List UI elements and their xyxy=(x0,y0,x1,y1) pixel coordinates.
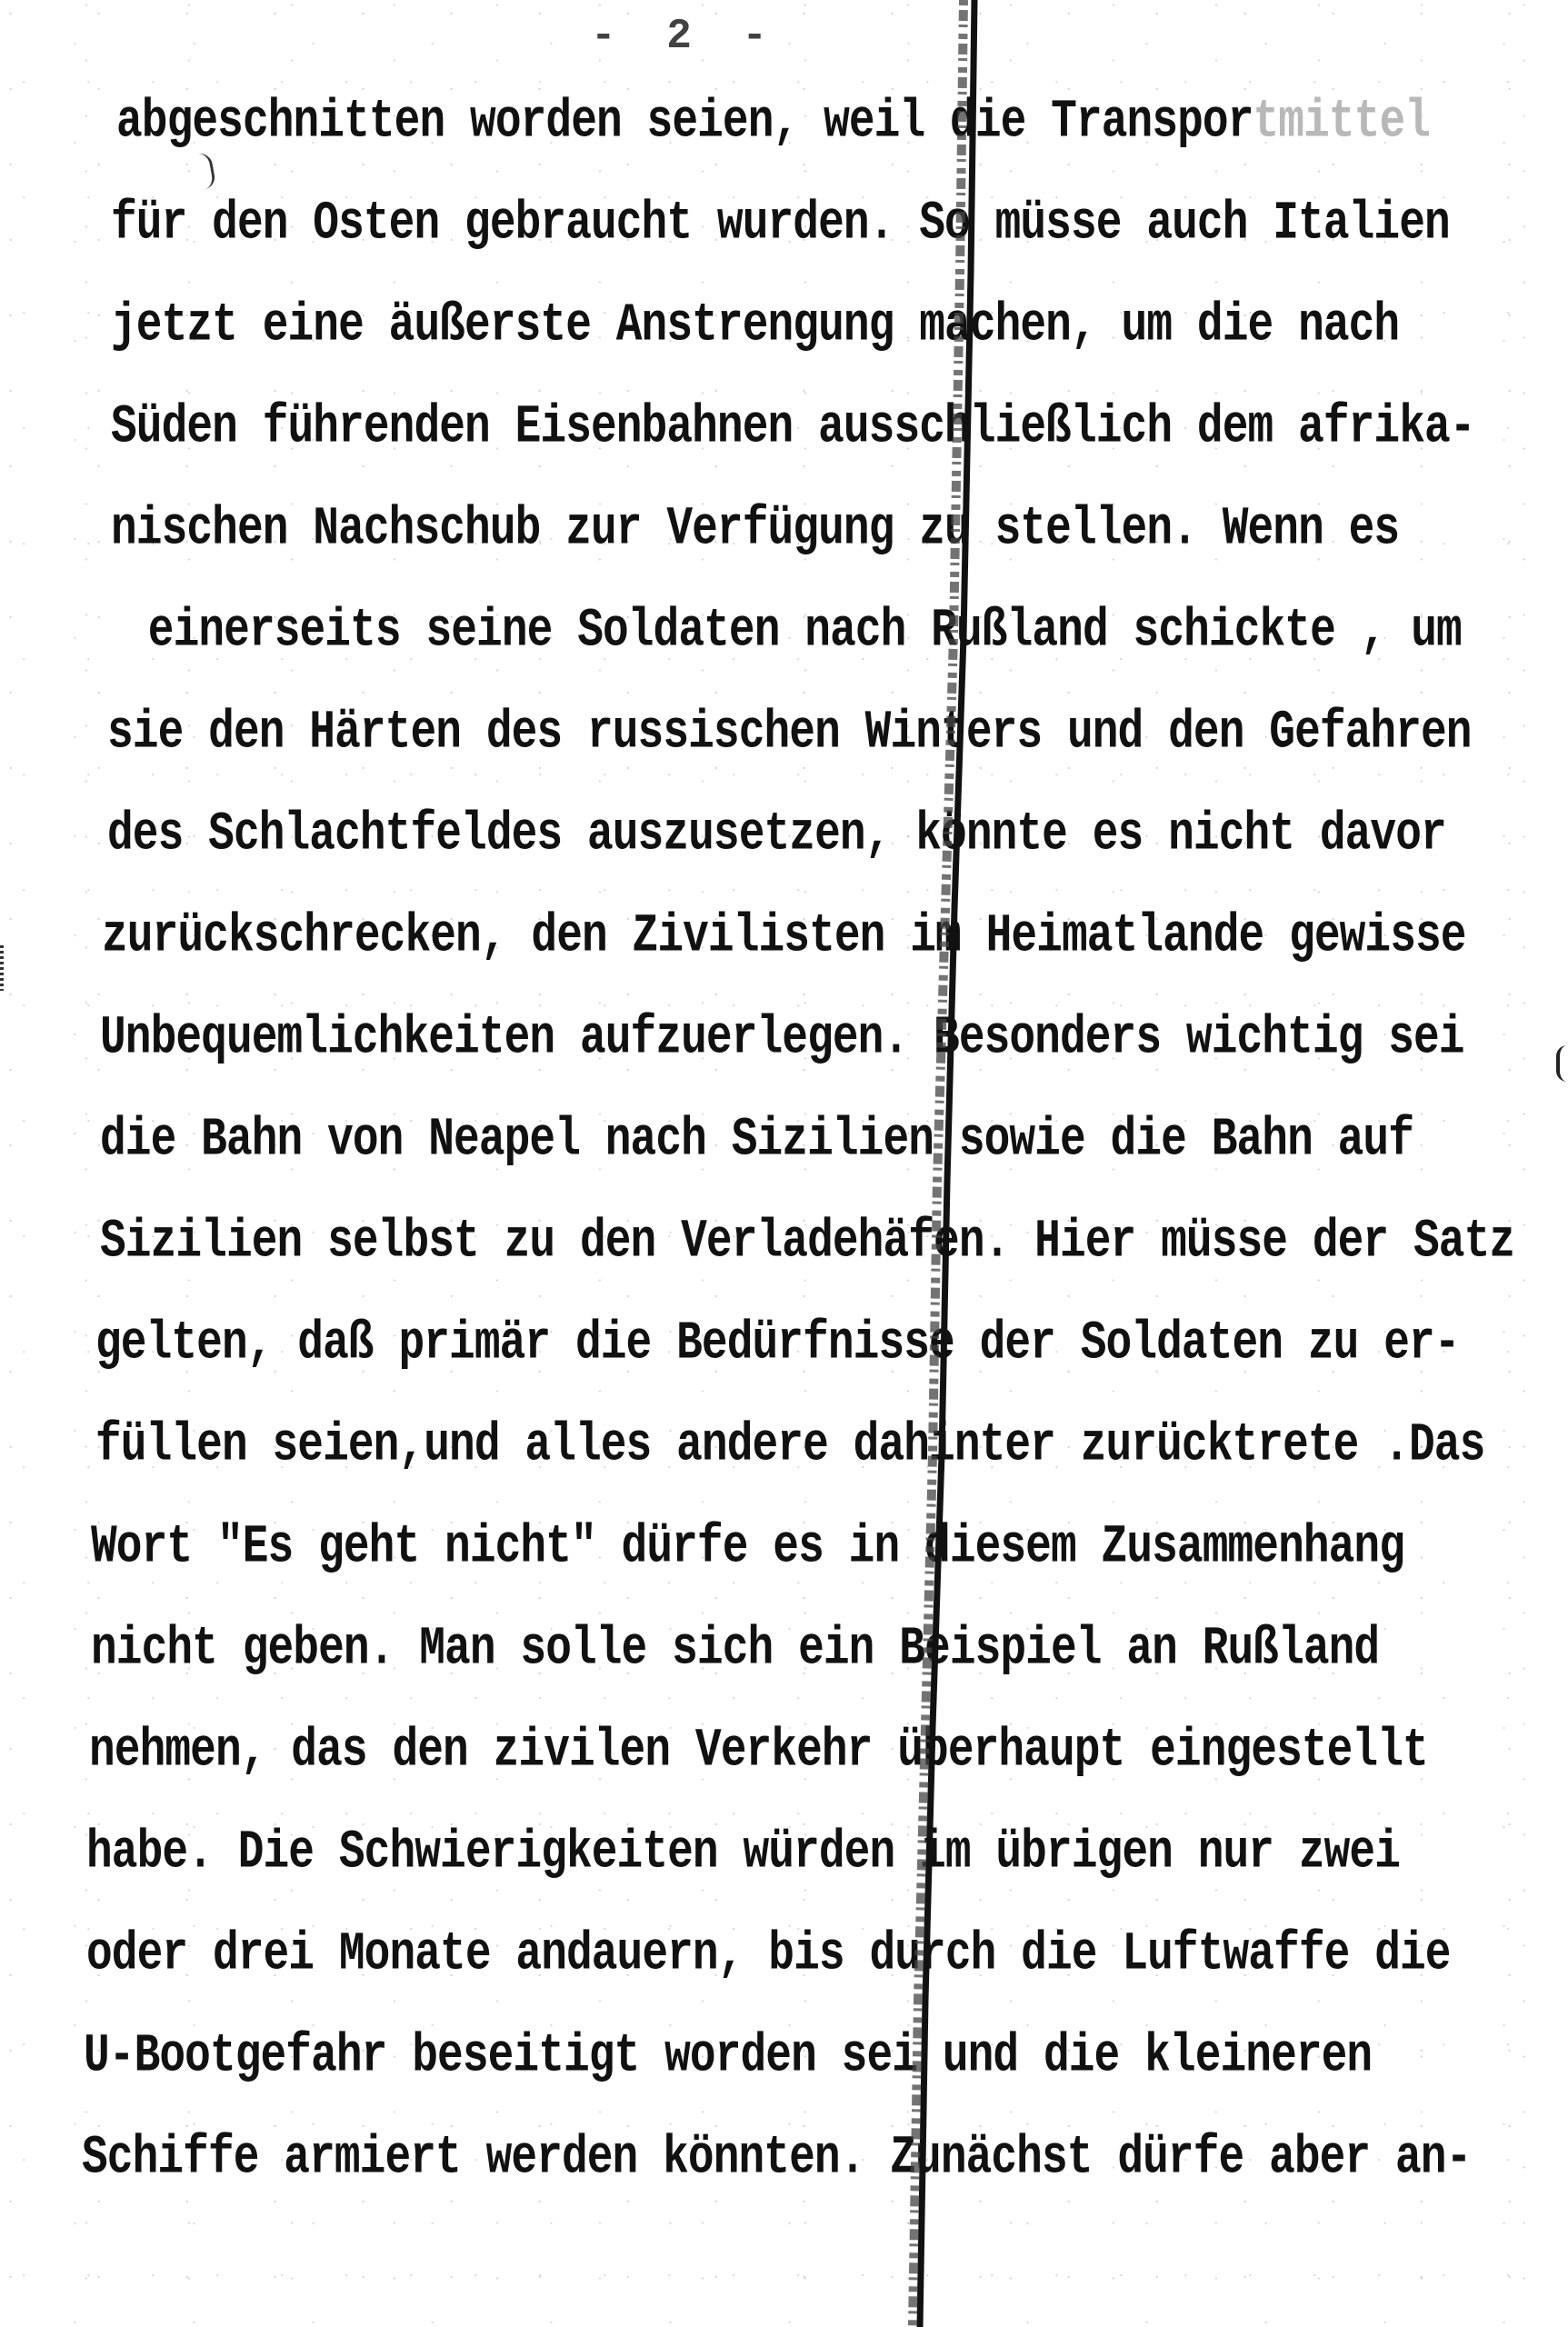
text-line: des Schlachtfeldes auszusetzen, könnte e… xyxy=(107,804,1446,866)
text-line: einerseits seine Soldaten nach Rußland s… xyxy=(123,600,1462,663)
text-line: gelten, daß primär die Bedürfnisse der S… xyxy=(95,1313,1460,1375)
text-line-content: die Bahn von Neapel nach Sizilien sowie … xyxy=(100,1109,1413,1171)
margin-bracket-mark xyxy=(0,945,4,991)
text-line-content: nischen Nachschub zur Verfügung zu stell… xyxy=(111,498,1399,560)
text-line: Schiffe armiert werden könnten. Zunächst… xyxy=(82,2127,1471,2190)
text-line: jetzt eine äußerste Anstrengung machen, … xyxy=(111,295,1399,357)
text-line-content: abgeschnitten worden seien, weil die Tra… xyxy=(116,91,1253,153)
faded-text: tmittel xyxy=(1253,91,1430,153)
pencil-mark xyxy=(195,152,217,190)
text-line: für den Osten gebraucht wurden. So müsse… xyxy=(111,193,1450,255)
text-line-content: Schiffe armiert werden könnten. Zunächst… xyxy=(82,2127,1471,2189)
text-line-content: habe. Die Schwierigkeiten würden im übri… xyxy=(86,1822,1400,1883)
text-line: nehmen, das den zivilen Verkehr überhaup… xyxy=(89,1720,1428,1783)
text-line-content: Wort "Es geht nicht" dürfe es in diesem … xyxy=(91,1516,1404,1578)
text-line: abgeschnitten worden seien, weil die Tra… xyxy=(116,91,1430,154)
text-line: Süden führenden Eisenbahnen ausschließli… xyxy=(111,396,1475,459)
text-line-content: nehmen, das den zivilen Verkehr überhaup… xyxy=(89,1720,1428,1782)
text-line-content: jetzt eine äußerste Anstrengung machen, … xyxy=(111,295,1399,356)
text-line: Unbequemlichkeiten aufzuerlegen. Besonde… xyxy=(100,1007,1464,1070)
text-line-content: füllen seien,und alles andere dahinter z… xyxy=(95,1414,1484,1476)
margin-paren-mark xyxy=(1556,1045,1568,1082)
page-number: - 2 - xyxy=(591,13,780,60)
text-line-content: einerseits seine Soldaten nach Rußland s… xyxy=(123,600,1462,662)
text-line: die Bahn von Neapel nach Sizilien sowie … xyxy=(100,1109,1413,1172)
text-line-content: für den Osten gebraucht wurden. So müsse… xyxy=(111,193,1450,255)
text-line: sie den Härten des russischen Winters un… xyxy=(107,702,1472,764)
text-line: habe. Die Schwierigkeiten würden im übri… xyxy=(86,1822,1400,1884)
text-line: zurückschrecken, den Zivilisten im Heima… xyxy=(102,905,1466,968)
text-line: Wort "Es geht nicht" dürfe es in diesem … xyxy=(91,1516,1404,1579)
text-line-content: zurückschrecken, den Zivilisten im Heima… xyxy=(102,905,1466,967)
text-line-content: oder drei Monate andauern, bis durch die… xyxy=(86,1923,1451,1985)
text-line-content: Sizilien selbst zu den Verladehäfen. Hie… xyxy=(100,1211,1514,1273)
text-line: nicht geben. Man solle sich ein Beispiel… xyxy=(91,1618,1379,1681)
text-line: Sizilien selbst zu den Verladehäfen. Hie… xyxy=(100,1211,1514,1273)
text-line: U-Bootgefahr beseitigt worden sei und di… xyxy=(84,2025,1372,2088)
text-line-content: U-Bootgefahr beseitigt worden sei und di… xyxy=(84,2025,1372,2087)
text-line: nischen Nachschub zur Verfügung zu stell… xyxy=(111,498,1399,561)
text-line-content: gelten, daß primär die Bedürfnisse der S… xyxy=(95,1313,1460,1374)
text-line-content: nicht geben. Man solle sich ein Beispiel… xyxy=(91,1618,1379,1680)
text-line-content: des Schlachtfeldes auszusetzen, könnte e… xyxy=(107,804,1446,865)
text-line: oder drei Monate andauern, bis durch die… xyxy=(86,1923,1451,1986)
text-line-content: Süden führenden Eisenbahnen ausschließli… xyxy=(111,396,1475,458)
document-page: - 2 - abgeschnitten worden seien, weil d… xyxy=(0,0,1568,2327)
text-line-content: Unbequemlichkeiten aufzuerlegen. Besonde… xyxy=(100,1007,1464,1069)
text-line-content: sie den Härten des russischen Winters un… xyxy=(107,702,1472,764)
text-line: füllen seien,und alles andere dahinter z… xyxy=(95,1414,1484,1477)
